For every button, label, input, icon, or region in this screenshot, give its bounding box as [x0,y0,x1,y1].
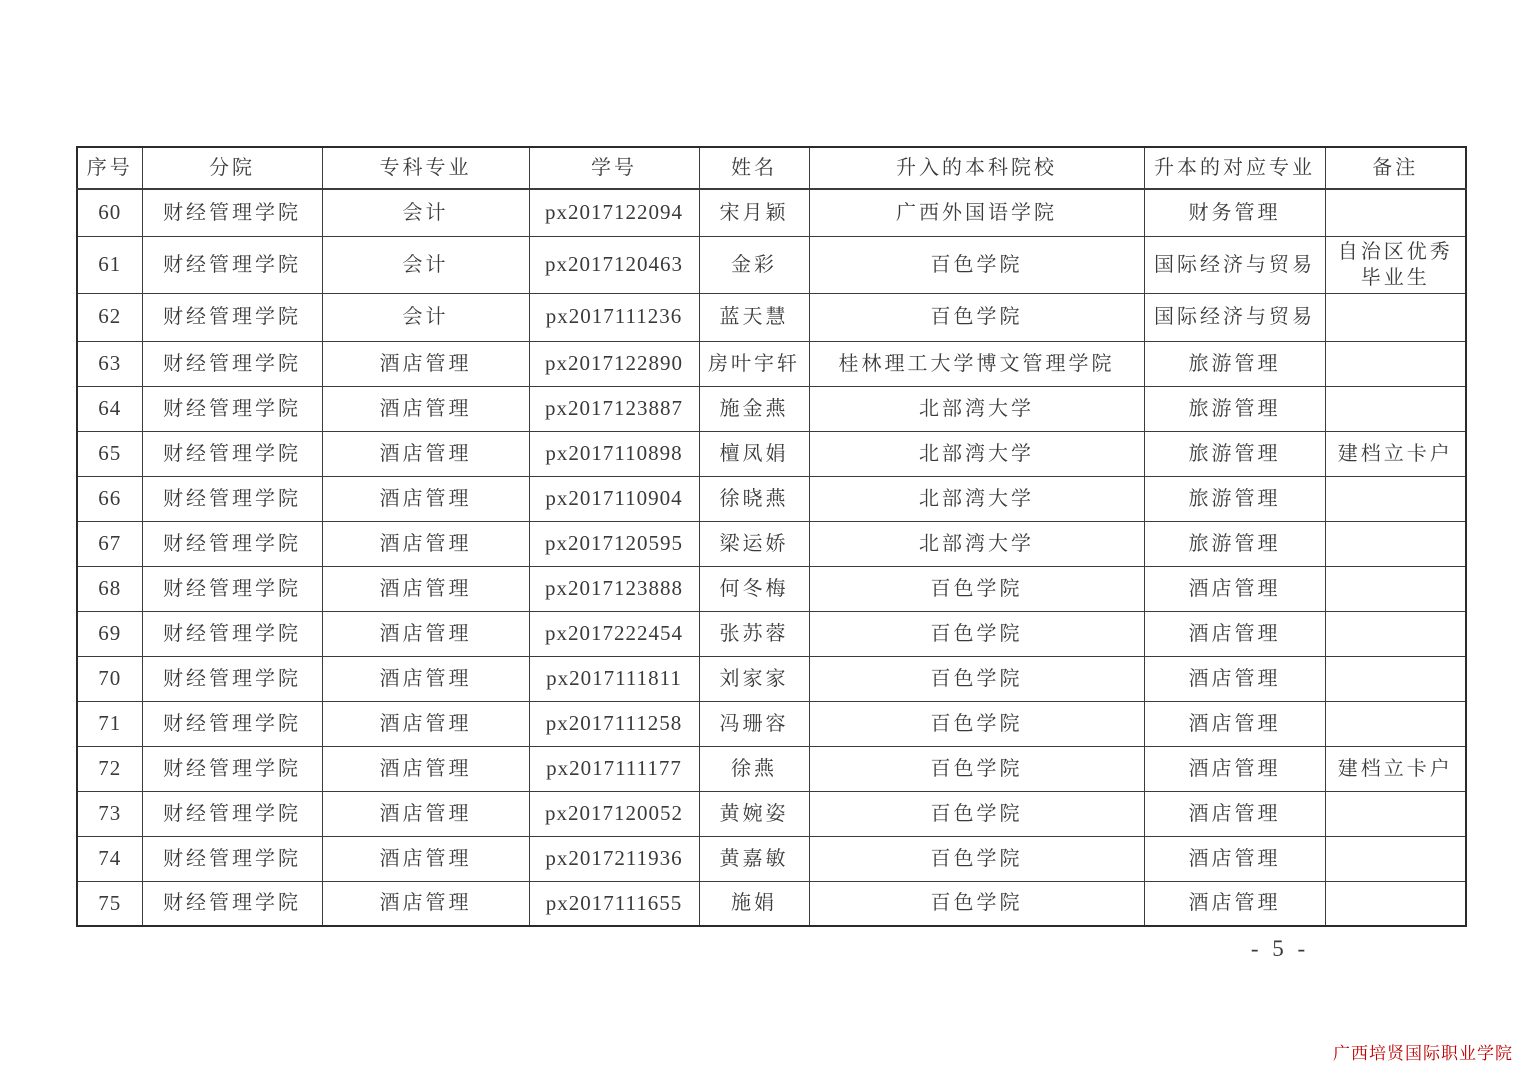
table-cell: 施金燕 [699,386,809,431]
table-cell: 百色学院 [809,836,1144,881]
table-cell: 64 [77,386,142,431]
table-cell: 酒店管理 [322,881,529,926]
table-row: 62财经管理学院会计px2017111236蓝天慧百色学院国际经济与贸易 [77,293,1466,341]
table-cell: 72 [77,746,142,791]
table-cell: 建档立卡户 [1325,431,1466,476]
page-number: - 5 - [1225,936,1335,962]
table-cell: 财经管理学院 [142,476,322,521]
table-cell: 财经管理学院 [142,521,322,566]
header-cell: 分院 [142,147,322,189]
table-cell: px2017111177 [529,746,699,791]
table-cell: 广西外国语学院 [809,189,1144,236]
table-cell: 63 [77,341,142,386]
table-cell [1325,701,1466,746]
table-cell: 黄婉姿 [699,791,809,836]
table-cell: 旅游管理 [1144,386,1325,431]
table-cell: 梁运娇 [699,521,809,566]
table-cell: 酒店管理 [1144,656,1325,701]
table-cell: 酒店管理 [1144,746,1325,791]
table-cell: 百色学院 [809,701,1144,746]
table-cell: 百色学院 [809,881,1144,926]
table-cell: 69 [77,611,142,656]
table-cell: 酒店管理 [322,791,529,836]
table-cell: 建档立卡户 [1325,746,1466,791]
table-cell: 何冬梅 [699,566,809,611]
table-row: 63财经管理学院酒店管理px2017122890房叶宇轩桂林理工大学博文管理学院… [77,341,1466,386]
table-cell [1325,476,1466,521]
table-body: 60财经管理学院会计px2017122094宋月颖广西外国语学院财务管理61财经… [77,189,1466,926]
table-row: 64财经管理学院酒店管理px2017123887施金燕北部湾大学旅游管理 [77,386,1466,431]
table-cell: 酒店管理 [322,566,529,611]
table-cell [1325,293,1466,341]
table-cell: 百色学院 [809,293,1144,341]
table-cell: 酒店管理 [1144,791,1325,836]
table-cell: 66 [77,476,142,521]
table-cell: 财经管理学院 [142,236,322,293]
table-cell [1325,341,1466,386]
table-header-row: 序号分院专科专业学号姓名升入的本科院校升本的对应专业备注 [77,147,1466,189]
table-cell: px2017122890 [529,341,699,386]
table-cell [1325,881,1466,926]
table-cell: 财经管理学院 [142,656,322,701]
table-cell: 檀凤娟 [699,431,809,476]
table-row: 68财经管理学院酒店管理px2017123888何冬梅百色学院酒店管理 [77,566,1466,611]
table-cell: 会计 [322,293,529,341]
header-cell: 专科专业 [322,147,529,189]
table-cell: 酒店管理 [1144,566,1325,611]
table-cell: 酒店管理 [322,836,529,881]
table-cell [1325,836,1466,881]
table-cell: 75 [77,881,142,926]
table-cell: 张苏蓉 [699,611,809,656]
table-cell: 徐燕 [699,746,809,791]
table-cell: 财务管理 [1144,189,1325,236]
table-cell: 北部湾大学 [809,521,1144,566]
table-row: 75财经管理学院酒店管理px2017111655施娟百色学院酒店管理 [77,881,1466,926]
table-cell: 黄嘉敏 [699,836,809,881]
table-cell: 宋月颖 [699,189,809,236]
table-cell: px2017211936 [529,836,699,881]
table-cell: px2017120052 [529,791,699,836]
table-cell: 财经管理学院 [142,881,322,926]
table-cell: 酒店管理 [322,611,529,656]
table-cell: 房叶宇轩 [699,341,809,386]
table-cell: 67 [77,521,142,566]
table-cell: 冯珊容 [699,701,809,746]
table-cell: 国际经济与贸易 [1144,293,1325,341]
table-cell [1325,189,1466,236]
header-cell: 学号 [529,147,699,189]
table-cell: 财经管理学院 [142,791,322,836]
table-cell: 会计 [322,236,529,293]
table-cell: 财经管理学院 [142,566,322,611]
table-cell: 刘家家 [699,656,809,701]
table-row: 71财经管理学院酒店管理px2017111258冯珊容百色学院酒店管理 [77,701,1466,746]
header-cell: 姓名 [699,147,809,189]
table-cell: 财经管理学院 [142,611,322,656]
promotion-roster-table: 序号分院专科专业学号姓名升入的本科院校升本的对应专业备注 60财经管理学院会计p… [76,146,1467,927]
table-cell: 酒店管理 [322,746,529,791]
table-cell: 74 [77,836,142,881]
table-cell: px2017111811 [529,656,699,701]
document-page: 序号分院专科专业学号姓名升入的本科院校升本的对应专业备注 60财经管理学院会计p… [0,0,1527,1080]
table-cell: 70 [77,656,142,701]
table-cell: 财经管理学院 [142,386,322,431]
table-cell: px2017110904 [529,476,699,521]
table-cell: 百色学院 [809,611,1144,656]
table-row: 61财经管理学院会计px2017120463金彩百色学院国际经济与贸易自治区优秀… [77,236,1466,293]
header-cell: 序号 [77,147,142,189]
table-row: 74财经管理学院酒店管理px2017211936黄嘉敏百色学院酒店管理 [77,836,1466,881]
table-cell: 财经管理学院 [142,431,322,476]
table-cell: 酒店管理 [1144,881,1325,926]
table-row: 65财经管理学院酒店管理px2017110898檀凤娟北部湾大学旅游管理建档立卡… [77,431,1466,476]
table-row: 70财经管理学院酒店管理px2017111811刘家家百色学院酒店管理 [77,656,1466,701]
table-row: 60财经管理学院会计px2017122094宋月颖广西外国语学院财务管理 [77,189,1466,236]
table-cell [1325,791,1466,836]
table-cell: 酒店管理 [322,431,529,476]
table-cell: 71 [77,701,142,746]
table-cell: px2017120595 [529,521,699,566]
table-cell: px2017111236 [529,293,699,341]
table-cell: 财经管理学院 [142,746,322,791]
table-cell: 北部湾大学 [809,431,1144,476]
table-row: 67财经管理学院酒店管理px2017120595梁运娇北部湾大学旅游管理 [77,521,1466,566]
table-cell: 百色学院 [809,746,1144,791]
table-cell [1325,566,1466,611]
table-cell: px2017120463 [529,236,699,293]
table-cell: 财经管理学院 [142,701,322,746]
table-cell: 财经管理学院 [142,341,322,386]
table-cell: px2017111655 [529,881,699,926]
table-row: 72财经管理学院酒店管理px2017111177徐燕百色学院酒店管理建档立卡户 [77,746,1466,791]
table-cell: 北部湾大学 [809,386,1144,431]
table-cell: 蓝天慧 [699,293,809,341]
table-row: 66财经管理学院酒店管理px2017110904徐晓燕北部湾大学旅游管理 [77,476,1466,521]
table-row: 69财经管理学院酒店管理px2017222454张苏蓉百色学院酒店管理 [77,611,1466,656]
header-cell: 升入的本科院校 [809,147,1144,189]
table-cell: 酒店管理 [1144,836,1325,881]
table-cell: 旅游管理 [1144,431,1325,476]
table-cell: 旅游管理 [1144,521,1325,566]
table-cell: 酒店管理 [322,386,529,431]
table-cell: 旅游管理 [1144,476,1325,521]
table-cell: 酒店管理 [322,341,529,386]
table-cell: 金彩 [699,236,809,293]
table-cell: 68 [77,566,142,611]
table-cell: px2017123887 [529,386,699,431]
table-cell: 73 [77,791,142,836]
table-cell: px2017222454 [529,611,699,656]
table-cell: 自治区优秀毕业生 [1325,236,1466,293]
table-cell [1325,521,1466,566]
header-cell: 备注 [1325,147,1466,189]
table-cell: 百色学院 [809,656,1144,701]
table-cell: 酒店管理 [1144,611,1325,656]
table-cell: 财经管理学院 [142,189,322,236]
table-cell: 62 [77,293,142,341]
table-cell: 徐晓燕 [699,476,809,521]
table-cell: 施娟 [699,881,809,926]
table-cell [1325,611,1466,656]
table-cell: 百色学院 [809,791,1144,836]
table-cell: 60 [77,189,142,236]
table-cell: px2017110898 [529,431,699,476]
table-cell: 65 [77,431,142,476]
table-cell: 酒店管理 [322,701,529,746]
table-cell: px2017111258 [529,701,699,746]
table-cell: 旅游管理 [1144,341,1325,386]
table-cell: 会计 [322,189,529,236]
institution-watermark: 广西培贤国际职业学院 [1333,1039,1513,1064]
table-cell: 北部湾大学 [809,476,1144,521]
table-cell: 酒店管理 [1144,701,1325,746]
table-cell: 财经管理学院 [142,293,322,341]
table-cell: 酒店管理 [322,476,529,521]
table-cell: 百色学院 [809,236,1144,293]
table-cell: 桂林理工大学博文管理学院 [809,341,1144,386]
table-cell: px2017123888 [529,566,699,611]
table-cell: 酒店管理 [322,656,529,701]
table-cell: 酒店管理 [322,521,529,566]
table-cell: px2017122094 [529,189,699,236]
table-cell: 百色学院 [809,566,1144,611]
table-cell [1325,386,1466,431]
table-cell: 国际经济与贸易 [1144,236,1325,293]
header-cell: 升本的对应专业 [1144,147,1325,189]
table-cell: 61 [77,236,142,293]
table-row: 73财经管理学院酒店管理px2017120052黄婉姿百色学院酒店管理 [77,791,1466,836]
table-cell [1325,656,1466,701]
table-cell: 财经管理学院 [142,836,322,881]
